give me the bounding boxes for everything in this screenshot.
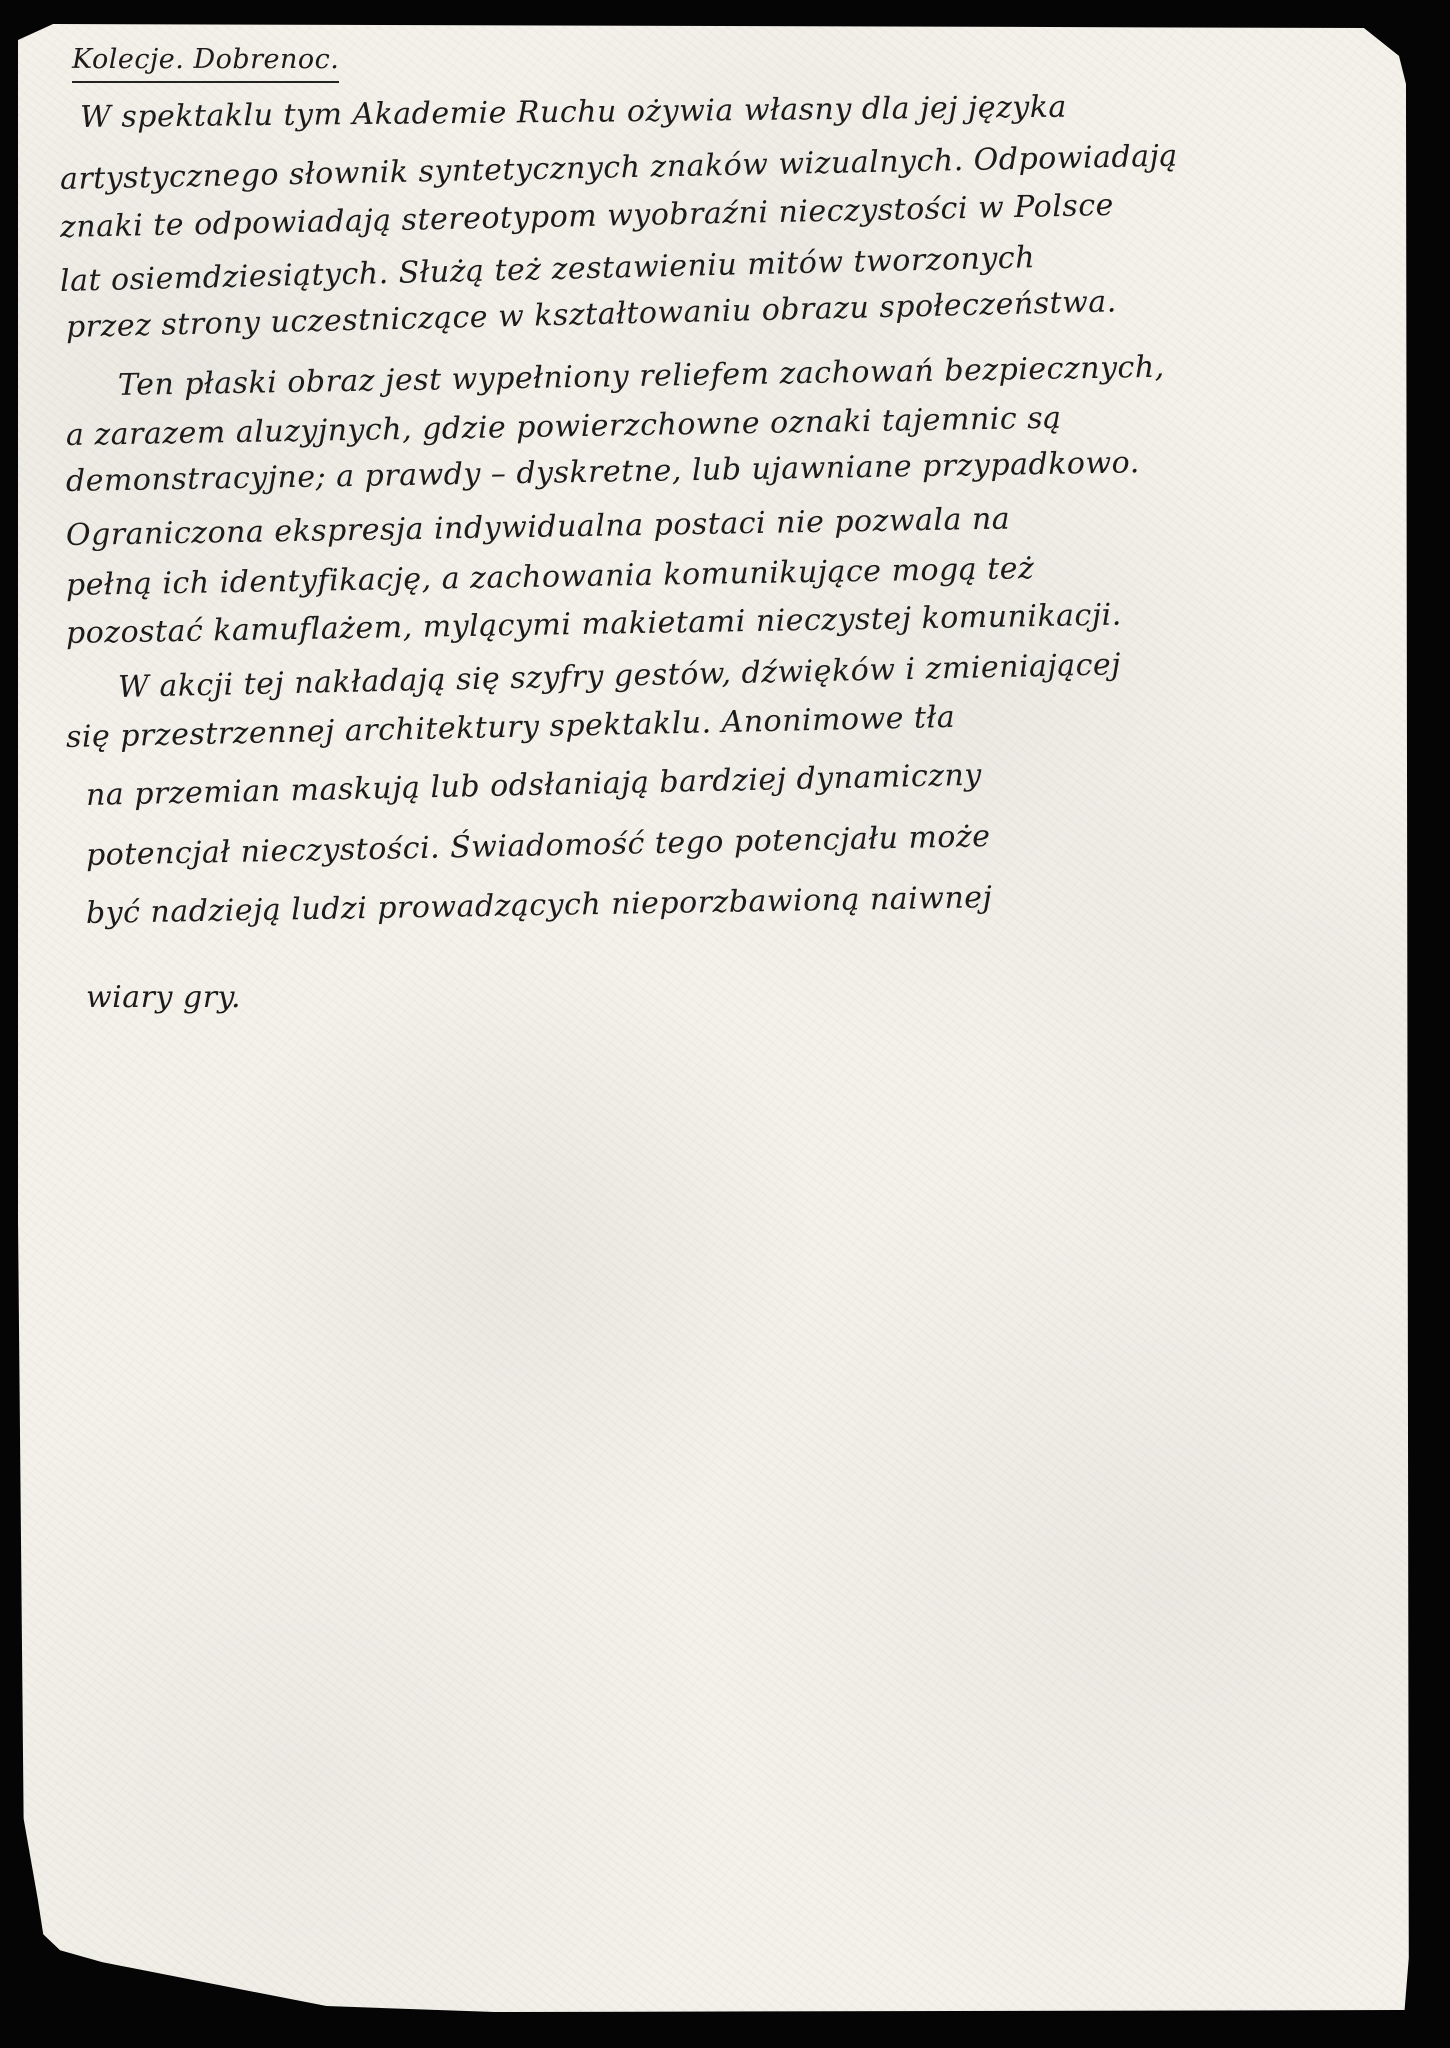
- scanned-page: Kolecje. Dobrenoc. W spektaklu tym Akade…: [0, 0, 1450, 2048]
- manuscript-line: wiary gry.: [86, 980, 241, 1015]
- document-title: Kolecje. Dobrenoc.: [72, 44, 339, 83]
